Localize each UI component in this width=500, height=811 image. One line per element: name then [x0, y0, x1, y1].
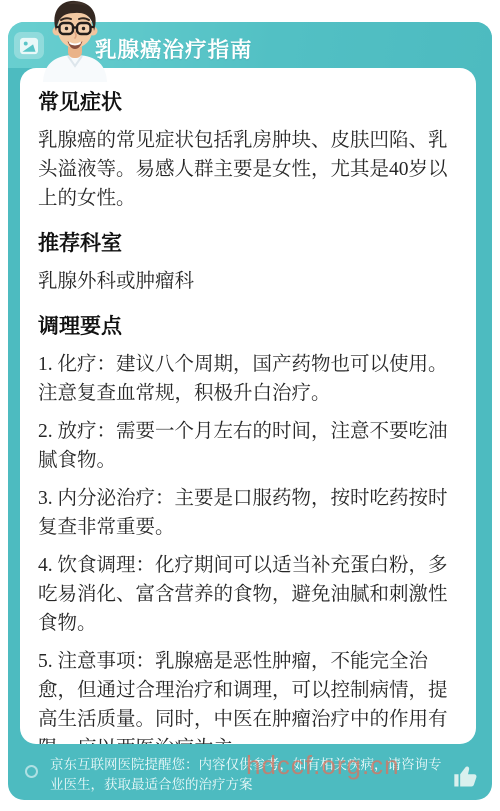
info-circle-icon	[25, 765, 38, 778]
care-point-item: 1. 化疗：建议八个周期，国产药物也可以使用。注意复查血常规，积极升白治疗。	[38, 350, 460, 408]
care-point-item: 2. 放疗：需要一个月左右的时间，注意不要吃油腻食物。	[38, 417, 460, 475]
watermark-text: hdccf.org.cn	[246, 750, 400, 781]
section-body-symptoms: 乳腺癌的常见症状包括乳房肿块、皮肤凹陷、乳头溢液等。易感人群主要是女性，尤其是4…	[38, 126, 460, 213]
section-heading-care-points: 调理要点	[38, 310, 460, 340]
content-card: 常见症状 乳腺癌的常见症状包括乳房肿块、皮肤凹陷、乳头溢液等。易感人群主要是女性…	[20, 68, 476, 744]
doctor-avatar	[34, 0, 116, 82]
care-point-item: 4. 饮食调理：化疗期间可以适当补充蛋白粉，多吃易消化、富含营养的食物，避免油腻…	[38, 551, 460, 638]
thumbs-up-icon[interactable]	[452, 762, 480, 790]
section-heading-department: 推荐科室	[38, 227, 460, 257]
care-point-item: 5. 注意事项：乳腺癌是恶性肿瘤，不能完全治愈，但通过合理治疗和调理，可以控制病…	[38, 647, 460, 744]
page-title: 乳腺癌治疗指南	[95, 33, 253, 64]
doctor-avatar-image	[34, 0, 116, 82]
guide-card-container: 乳腺癌治疗指南	[8, 22, 492, 800]
care-point-item: 3. 内分泌治疗：主要是口服药物，按时吃药按时复查非常重要。	[38, 484, 460, 542]
page: 乳腺癌治疗指南	[0, 0, 500, 811]
section-body-department: 乳腺外科或肿瘤科	[38, 267, 460, 296]
section-heading-symptoms: 常见症状	[38, 86, 460, 116]
